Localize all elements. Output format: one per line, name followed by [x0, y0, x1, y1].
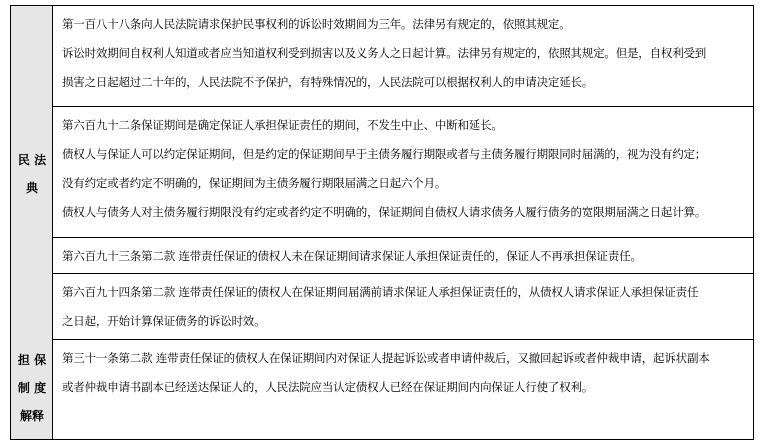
category-label-line: 民 法 [11, 146, 53, 174]
provision-text: 第六百九十二条保证期间是确定保证人承担保证责任的期间，不发生中止、中断和延长。 [62, 111, 745, 140]
category-civil-code: 民 法 典 [11, 146, 53, 202]
law-provisions-table: 民 法 典 担 保 制 度 解释 第一百八十八条向人民法院请求保护民事权利的诉讼… [10, 5, 754, 440]
table-row-article-188: 第一百八十八条向人民法院请求保护民事权利的诉讼时效期间为三年。法律另有规定的，依… [53, 6, 753, 107]
provision-text: 第六百九十三条第二款 连带责任保证的债权人未在保证期间请求保证人承担保证责任的，… [62, 242, 745, 271]
category-label-line: 制 度 [11, 374, 53, 402]
table-row-article-692: 第六百九十二条保证期间是确定保证人承担保证责任的期间，不发生中止、中断和延长。 … [53, 107, 753, 238]
provision-text: 诉讼时效期间自权利人知道或者应当知道权利受到损害以及义务人之日起计算。法律另有规… [62, 39, 745, 68]
provision-text: 或者仲裁申请书副本已经送达保证人的，人民法院应当认定债权人已经在保证期间内向保证… [62, 373, 745, 402]
provision-text: 债权人与保证人可以约定保证期间，但是约定的保证期间早于主债务履行期限或者与主债务… [62, 140, 745, 169]
provision-text: 没有约定或者约定不明确的，保证期间为主债务履行期限届满之日起六个月。 [62, 169, 745, 198]
provision-text: 第三十一条第二款 连带责任保证的债权人在保证期间内对保证人提起诉讼或者申请仲裁后… [62, 344, 745, 373]
provision-text: 第一百八十八条向人民法院请求保护民事权利的诉讼时效期间为三年。法律另有规定的，依… [62, 10, 745, 39]
provision-text: 第六百九十四条第二款 连带责任保证的债权人在保证期间届满前请求保证人承担保证责任… [62, 278, 745, 307]
category-label-line: 典 [11, 174, 53, 202]
provision-text: 损害之日起超过二十年的，人民法院不予保护，有特殊情况的，人民法院可以根据权利人的… [62, 68, 745, 97]
table-row-article-693: 第六百九十三条第二款 连带责任保证的债权人未在保证期间请求保证人承担保证责任的，… [53, 238, 753, 274]
category-label-line: 解释 [11, 402, 53, 430]
provision-text: 之日起，开始计算保证债务的诉讼时效。 [62, 307, 745, 336]
table-row-article-694: 第六百九十四条第二款 连带责任保证的债权人在保证期间届满前请求保证人承担保证责任… [53, 274, 753, 340]
table-row-interpretation-31: 第三十一条第二款 连带责任保证的债权人在保证期间内对保证人提起诉讼或者申请仲裁后… [53, 340, 753, 439]
category-guarantee-interpretation: 担 保 制 度 解释 [11, 346, 53, 430]
category-label-line: 担 保 [11, 346, 53, 374]
provision-text: 债权人与债务人对主债务履行期限没有约定或者约定不明确的，保证期间自债权人请求债务… [62, 198, 745, 227]
